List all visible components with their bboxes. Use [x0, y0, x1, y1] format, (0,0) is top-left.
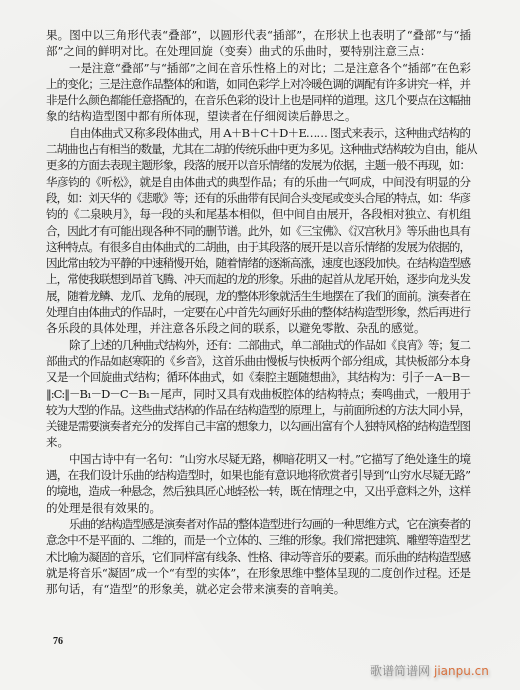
text-line: 中国古诗中有一名句：“山穷水尽疑无路，柳暗花明又一村。”它描写了绝处逢生的境: [46, 451, 470, 467]
text-line: 自由体曲式又称多段体曲式，用 A＋B＋C＋D＋E…… 图式来表示，这种曲式结构的: [46, 125, 470, 141]
text-line: 的处理是很有效果的。: [46, 500, 470, 516]
text-line: 乐曲的结构造型感是演奏者对作品的整体造型进行勾画的一种思维方式，它在演奏者的: [46, 516, 470, 532]
text-line: 处理自由体曲式的作品时，一定要在心中首先勾画好乐曲的整体结构造型形象，然后再进行: [46, 304, 470, 320]
paragraph: 除了上述的几种曲式结构外，还有：二部曲式，单二部曲式的作品如《良宵》等；复二 部…: [46, 337, 470, 451]
text-line: 来。: [46, 434, 470, 450]
text-line: 华彦钧的《听松》，就是自由体曲式的典型作品；有的乐曲一气呵成，中间没有明显的分: [46, 174, 470, 190]
text-line: 因此常由较为平静的中速稍慢开始，随着情绪的逐渐高涨，速度也逐段加快。在结构造型感: [46, 255, 470, 271]
text-line: 非是什么颜色都能任意搭配的，在音乐色彩的设计上也是同样的道理。这几个要点在这幅抽: [46, 92, 470, 108]
text-line: 一是注意“叠部”与“插部”之间在音乐性格上的对比；二是注意各个“插部”在色彩: [46, 60, 470, 76]
text-line: 就是将音乐“凝固”成一个“有型的实体”，在形象思维中整体呈现的二度创作过程。还是: [46, 565, 470, 581]
text-line: 更多的方面去表现主题形象，段落的展开以音乐情绪的发展为依据，主题一般不再现，如：: [46, 157, 470, 173]
text-line: 象的结构造型图中都有所体现，望读者在仔细阅读后静思之。: [46, 108, 470, 124]
text-line: 的境地，造成一种悬念，然后独具匠心地轻松一转，既在情理之中，又出乎意料之外，这样: [46, 483, 470, 499]
text-line: ‖:C:‖－B₁－D－C－B₁－尾声，同时又具有戏曲板腔体的结构特点；奏鸣曲式，…: [46, 386, 470, 402]
watermark: 歌谱简谱网jianpu.cn: [370, 662, 489, 679]
text-line: 各乐段的具体处理，并注意各乐段之间的联系，以避免零散、杂乱的感觉。: [46, 320, 470, 336]
text-line: 较为大型的作品。这些曲式结构的作品在结构造型的原理上，与前面所述的方法大同小异，: [46, 402, 470, 418]
text-line: 果。图中以三角形代表“叠部”，以圆形代表“插部”，在形状上也表明了“叠部”与“插: [46, 27, 470, 43]
watermark-site-name: 歌谱简谱网: [370, 664, 430, 678]
page-number: 76: [53, 636, 63, 647]
text-line: 那句话，有“造型”的形象美，就必定会带来演奏的音响美。: [46, 581, 470, 597]
text-line: 意念中不是平面的、二维的，而是一个立体的、三维的形象。我们常把建筑、雕塑等造型艺: [46, 532, 470, 548]
paragraph: 果。图中以三角形代表“叠部”，以圆形代表“插部”，在形状上也表明了“叠部”与“插…: [46, 27, 470, 60]
text-line: 合，因此才有可能出现各种不同的删节谱。此外，如《三宝佛》、《汉宫秋月》等乐曲也具…: [46, 223, 470, 239]
text-line: 又是一个回旋曲式结构；循环体曲式，如《秦腔主题随想曲》，其结构为：引子－A－B－: [46, 369, 470, 385]
text-line: 展，随着龙鳞、龙爪、龙角的展现，龙的整体形象就活生生地摆在了我们的面前。演奏者在: [46, 288, 470, 304]
text-line: 关键是需要演奏者充分的发挥自己丰富的想象力，以勾画出富有个人独特风格的结构造型图: [46, 418, 470, 434]
text-line: 上，常使我联想到昂首飞腾、冲天而起的龙的形象。乐曲的起首从龙尾开始，逐步向龙头发: [46, 271, 470, 287]
paragraph: 乐曲的结构造型感是演奏者对作品的整体造型进行勾画的一种思维方式，它在演奏者的 意…: [46, 516, 470, 597]
watermark-domain: jianpu.cn: [434, 664, 489, 678]
text-line: 部”之间的鲜明对比。在处理回旋（变奏）曲式的乐曲时，要特别注意三点：: [46, 43, 470, 59]
text-line: 二胡曲也占有相当的数量，尤其在二胡的传统乐曲中更为多见。这种曲式结构较为自由，能…: [46, 141, 470, 157]
text-line: 段，如：刘天华的《悲歌》等；还有的乐曲带有民间合头变尾或变头合尾的特点，如：华彦: [46, 190, 470, 206]
text-line: 这种特点。有很多自由体曲式的二胡曲，由于其段落的展开是以音乐情绪的发展为依据的，: [46, 239, 470, 255]
text-line: 钧的《二泉映月》，每一段的头和尾基本相似，但中间自由展开，各段相对独立、有机组: [46, 206, 470, 222]
text-line: 术比喻为凝固的音乐，它们同样富有线条、性格、律动等音乐的要素。而乐曲的结构造型感: [46, 549, 470, 565]
paragraph: 一是注意“叠部”与“插部”之间在音乐性格上的对比；二是注意各个“插部”在色彩 上…: [46, 60, 470, 125]
paragraph: 中国古诗中有一名句：“山穷水尽疑无路，柳暗花明又一村。”它描写了绝处逢生的境 遇…: [46, 451, 470, 516]
paragraph: 自由体曲式又称多段体曲式，用 A＋B＋C＋D＋E…… 图式来表示，这种曲式结构的…: [46, 125, 470, 337]
text-line: 遇，在我们设计乐曲的结构造型时，如果也能有意识地将欣赏者引导到“山穷水尽疑无路”: [46, 467, 470, 483]
page-body: 果。图中以三角形代表“叠部”，以圆形代表“插部”，在形状上也表明了“叠部”与“插…: [46, 27, 470, 597]
text-line: 上的变化；三是注意作品整体的和谐，如同色彩学上对冷暖色调的调配有许多讲究一样，并: [46, 76, 470, 92]
text-line: 除了上述的几种曲式结构外，还有：二部曲式，单二部曲式的作品如《良宵》等；复二: [46, 337, 470, 353]
text-line: 部曲式的作品如赵寒阳的《乡音》，这首乐曲由慢板与快板两个部分组成，其快板部分本身: [46, 353, 470, 369]
